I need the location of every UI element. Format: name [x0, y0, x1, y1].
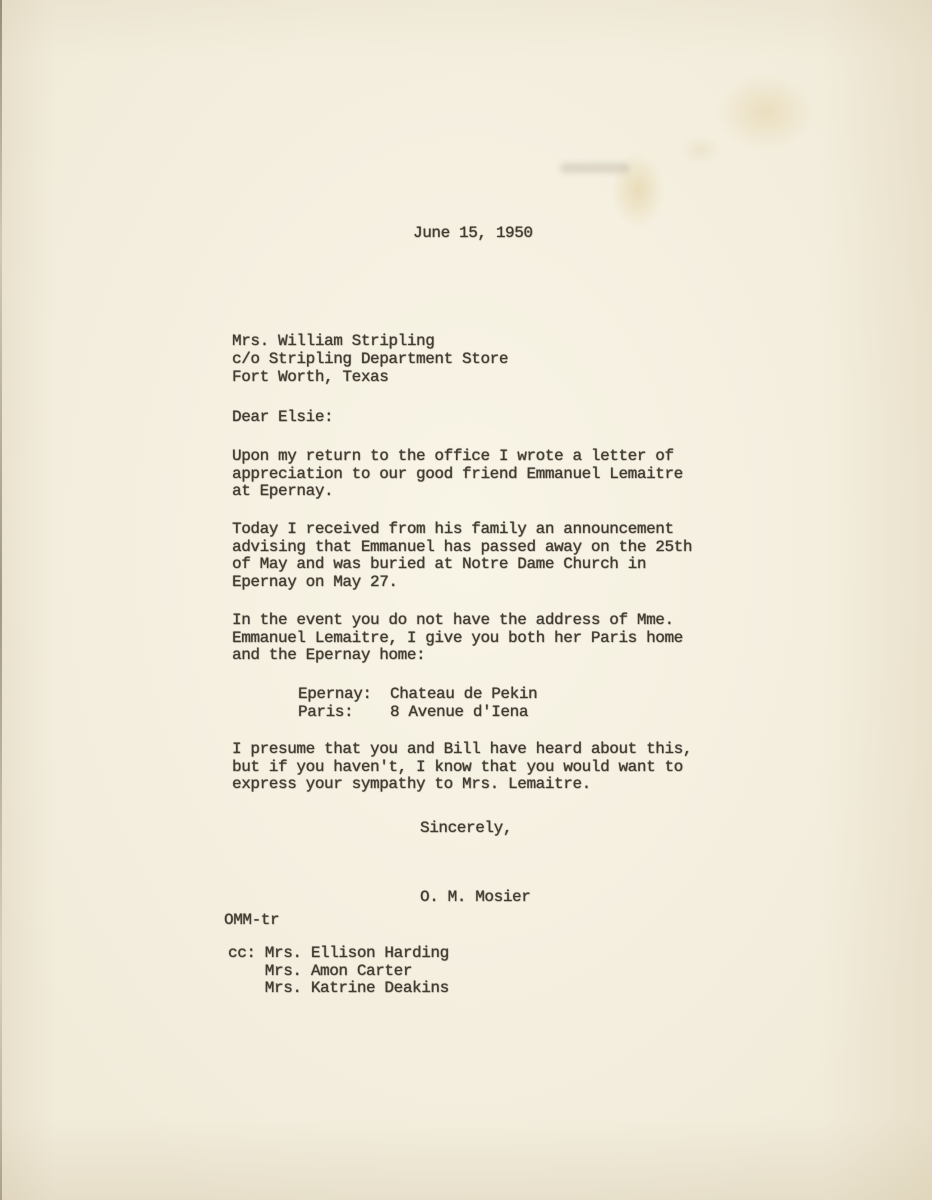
letter-date: June 15, 1950 — [413, 225, 533, 243]
typist-initials: OMM-tr — [224, 912, 279, 930]
salutation: Dear Elsie: — [232, 409, 333, 427]
bleed-through-smudge — [560, 163, 630, 173]
valediction: Sincerely, — [420, 820, 512, 838]
cc-list: cc: Mrs. Ellison Harding Mrs. Amon Carte… — [228, 945, 449, 998]
signature-name: O. M. Mosier — [420, 889, 530, 907]
body-paragraph-1: Upon my return to the office I wrote a l… — [232, 448, 683, 501]
body-paragraph-4: I presume that you and Bill have heard a… — [232, 741, 692, 794]
enclosure-addresses: Epernay: Chateau de Pekin Paris: 8 Avenu… — [298, 686, 537, 721]
body-paragraph-3: In the event you do not have the address… — [232, 612, 683, 665]
recipient-address: Mrs. William Stripling c/o Stripling Dep… — [232, 332, 508, 386]
body-paragraph-2: Today I received from his family an anno… — [232, 521, 692, 591]
scan-edge-shadow — [0, 0, 2, 1200]
scanned-letter-page: June 15, 1950 Mrs. William Stripling c/o… — [0, 0, 932, 1200]
